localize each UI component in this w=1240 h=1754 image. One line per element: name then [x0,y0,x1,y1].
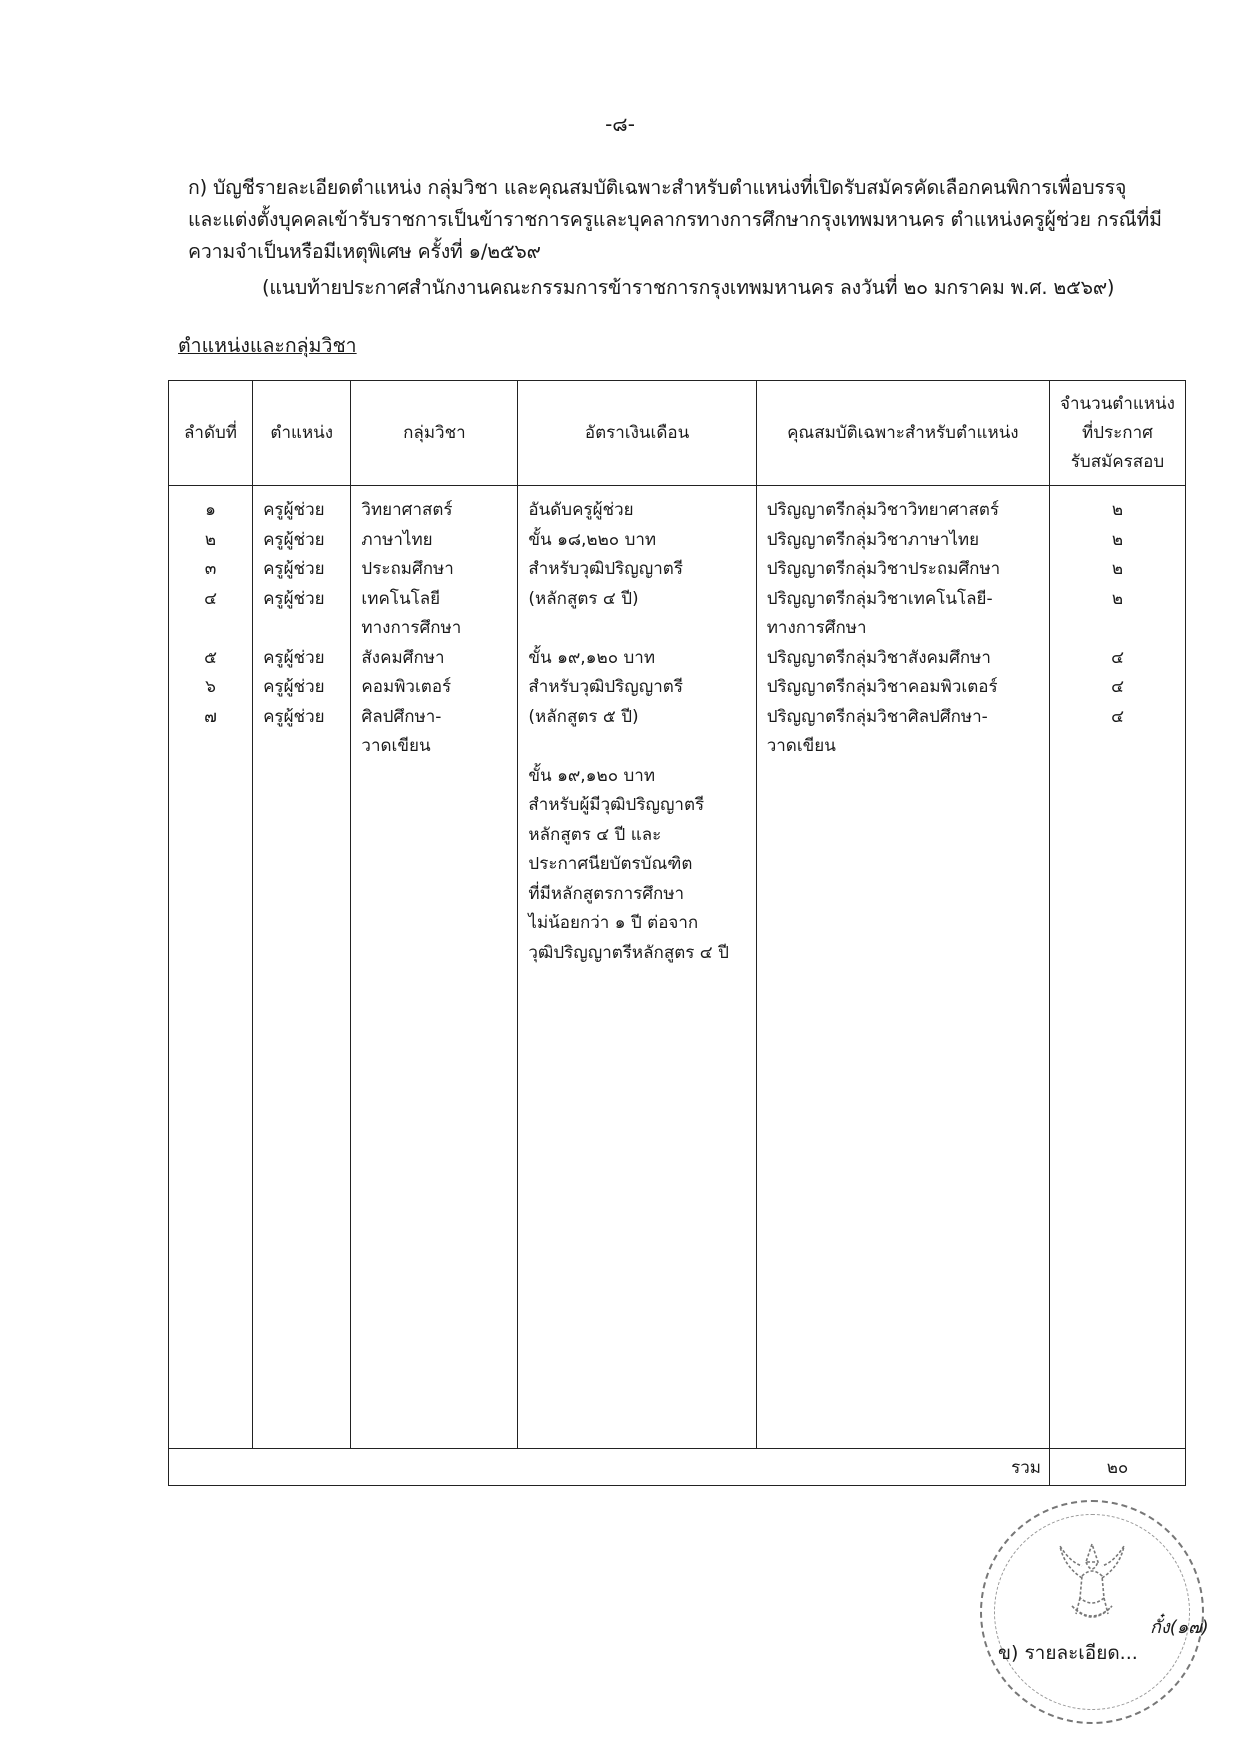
salary-text: (หลักสูตร ๔ ปี) [528,585,745,615]
intro-line: ความจำเป็นหรือมีเหตุพิเศษ ครั้งที่ ๑/๒๕๖… [188,236,1188,268]
subject-group: สังคมศึกษา [361,644,507,674]
position-name [263,614,340,644]
qualification-text: ปริญญาตรีกลุ่มวิชาสังคมศึกษา [767,644,1039,674]
table-header-row: ลำดับที่ ตำแหน่ง กลุ่มวิชา อัตราเงินเดือ… [169,381,1186,486]
row-number: ๗ [179,703,242,733]
table-row: ๑๒๓๔๕๖๗ ครูผู้ช่วยครูผู้ช่วยครูผู้ช่วยคร… [169,486,1186,1449]
salary-text: (หลักสูตร ๕ ปี) [528,703,745,733]
qualification-text: ปริญญาตรีกลุ่มวิชาศิลปศึกษา- [767,703,1039,733]
total-value: ๒๐ [1050,1449,1186,1486]
handwritten-note: กั๋ง(๑๗) [1150,1612,1209,1641]
position-count: ๒ [1060,585,1175,615]
salary-text: ไม่น้อยกว่า ๑ ปี ต่อจาก [528,909,745,939]
subject-group-column: วิทยาศาสตร์ภาษาไทยประถมศึกษาเทคโนโลยีทาง… [351,486,518,1449]
header-position: ตำแหน่ง [253,381,351,486]
qualification-column: ปริญญาตรีกลุ่มวิชาวิทยาศาสตร์ปริญญาตรีกล… [756,486,1049,1449]
row-number: ๕ [179,644,242,674]
position-name: ครูผู้ช่วย [263,673,340,703]
row-number: ๖ [179,673,242,703]
total-label: รวม [169,1449,1050,1486]
salary-text: หลักสูตร ๔ ปี และ [528,821,745,851]
row-number: ๔ [179,585,242,615]
salary-text: ที่มีหลักสูตรการศึกษา [528,880,745,910]
section-title: ตำแหน่งและกลุ่มวิชา [178,330,357,361]
position-count: ๔ [1060,673,1175,703]
subject-group: ภาษาไทย [361,526,507,556]
position-count: ๔ [1060,644,1175,674]
reference-line: (แนบท้ายประกาศสำนักงานคณะกรรมการข้าราชกา… [262,272,1212,304]
intro-line: และแต่งตั้งบุคคลเข้ารับราชการเป็นข้าราชก… [188,204,1188,236]
salary-text [528,732,745,762]
intro-line: ก) บัญชีรายละเอียดตำแหน่ง กลุ่มวิชา และค… [188,172,1188,204]
header-count-line: จำนวนตำแหน่ง [1060,390,1175,419]
position-count: ๔ [1060,703,1175,733]
qualification-text: ปริญญาตรีกลุ่มวิชาคอมพิวเตอร์ [767,673,1039,703]
subject-group: วิทยาศาสตร์ [361,496,507,526]
subject-group: คอมพิวเตอร์ [361,673,507,703]
total-row: รวม ๒๐ [169,1449,1186,1486]
qualification-text: ปริญญาตรีกลุ่มวิชาเทคโนโลยี- [767,585,1039,615]
position-name: ครูผู้ช่วย [263,496,340,526]
count-column: ๒๒๒๒๔๔๔ [1050,486,1186,1449]
row-number: ๓ [179,555,242,585]
salary-text: วุฒิปริญญาตรีหลักสูตร ๔ ปี [528,939,745,969]
qualification-text: ทางการศึกษา [767,614,1039,644]
row-number: ๑ [179,496,242,526]
header-no: ลำดับที่ [169,381,253,486]
salary-text: ขั้น ๑๘,๒๒๐ บาท [528,526,745,556]
position-name: ครูผู้ช่วย [263,526,340,556]
page-number: -๘- [0,108,1240,140]
salary-text: สำหรับวุฒิปริญญาตรี [528,673,745,703]
position-name [263,732,340,762]
qualification-text: ปริญญาตรีกลุ่มวิชาวิทยาศาสตร์ [767,496,1039,526]
next-section-text: ข) รายละเอียด... [998,1638,1138,1668]
salary-text: สำหรับวุฒิปริญญาตรี [528,555,745,585]
subject-group: เทคโนโลยี [361,585,507,615]
position-name: ครูผู้ช่วย [263,555,340,585]
salary-column: อันดับครูผู้ช่วยขั้น ๑๘,๒๒๐ บาทสำหรับวุฒ… [518,486,756,1449]
header-subject-group: กลุ่มวิชา [351,381,518,486]
position-count: ๒ [1060,496,1175,526]
qualification-text: ปริญญาตรีกลุ่มวิชาภาษาไทย [767,526,1039,556]
header-count-line: รับสมัครสอบ [1060,448,1175,477]
header-count: จำนวนตำแหน่ง ที่ประกาศ รับสมัครสอบ [1050,381,1186,486]
salary-text: สำหรับผู้มีวุฒิปริญญาตรี [528,791,745,821]
position-count [1060,732,1175,762]
salary-text: ขั้น ๑๙,๑๒๐ บาท [528,762,745,792]
row-number [179,614,242,644]
position-count: ๒ [1060,555,1175,585]
no-column: ๑๒๓๔๕๖๗ [169,486,253,1449]
header-count-line: ที่ประกาศ [1060,419,1175,448]
salary-text: อันดับครูผู้ช่วย [528,496,745,526]
position-column: ครูผู้ช่วยครูผู้ช่วยครูผู้ช่วยครูผู้ช่วย… [253,486,351,1449]
salary-text [528,614,745,644]
subject-group: วาดเขียน [361,732,507,762]
subject-group: ศิลปศึกษา- [361,703,507,733]
position-name: ครูผู้ช่วย [263,703,340,733]
garuda-emblem-icon [1042,1536,1142,1636]
intro-paragraph: ก) บัญชีรายละเอียดตำแหน่ง กลุ่มวิชา และค… [188,172,1188,268]
row-number [179,732,242,762]
header-qualification: คุณสมบัติเฉพาะสำหรับตำแหน่ง [756,381,1049,486]
header-salary: อัตราเงินเดือน [518,381,756,486]
position-count [1060,614,1175,644]
subject-group: ทางการศึกษา [361,614,507,644]
position-count: ๒ [1060,526,1175,556]
salary-text: ประกาศนียบัตรบัณฑิต [528,850,745,880]
salary-text: ขั้น ๑๙,๑๒๐ บาท [528,644,745,674]
subject-group: ประถมศึกษา [361,555,507,585]
qualification-text: วาดเขียน [767,732,1039,762]
row-number: ๒ [179,526,242,556]
position-name: ครูผู้ช่วย [263,644,340,674]
position-name: ครูผู้ช่วย [263,585,340,615]
positions-table: ลำดับที่ ตำแหน่ง กลุ่มวิชา อัตราเงินเดือ… [168,380,1186,1486]
qualification-text: ปริญญาตรีกลุ่มวิชาประถมศึกษา [767,555,1039,585]
